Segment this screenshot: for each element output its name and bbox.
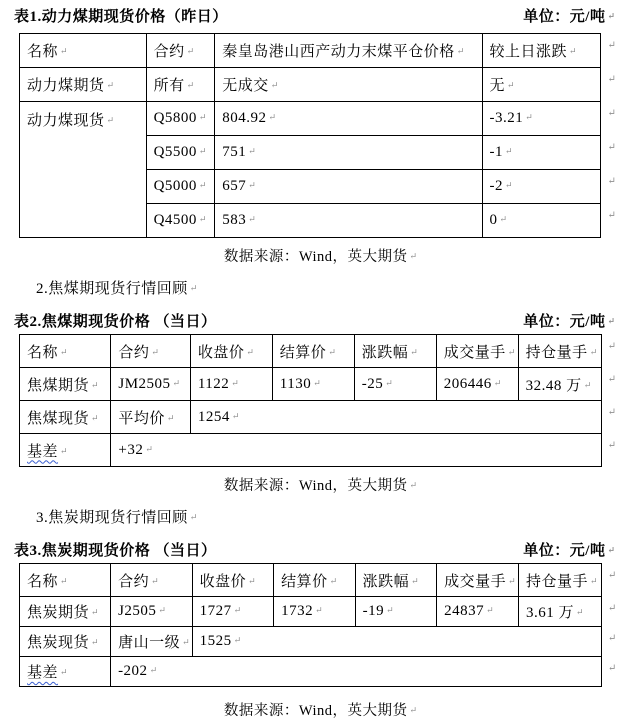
paragraph-mark-icon (601, 102, 627, 136)
paragraph-mark-icon (601, 401, 626, 434)
row-name: 焦炭期货 (20, 597, 111, 627)
row-name-basis: 基差 (20, 657, 111, 687)
paragraph-mark-icon (601, 170, 627, 204)
row-open-interest: 32.48 万 (518, 368, 601, 401)
header-name: 名称 (20, 564, 111, 597)
header-close: 收盘价 (192, 564, 273, 597)
row-basis-value: -202 (111, 657, 602, 687)
header-change: 涨跌幅 (355, 564, 436, 597)
row-basis-value: +32 (111, 434, 601, 467)
row-volume: 206446 (436, 368, 518, 401)
header-volume: 成交量手 (437, 564, 519, 597)
paragraph-mark-icon (601, 68, 627, 102)
row-change: -2 (482, 170, 601, 204)
table1-caption-row: 表1.动力煤期现货价格（昨日） 单位：元/吨 (14, 6, 627, 27)
row-contract: 所有 (146, 68, 215, 102)
header-change: 较上日涨跌 (482, 34, 601, 68)
paragraph-mark-icon (601, 657, 626, 687)
row-change: 0 (482, 204, 601, 238)
header-settle: 结算价 (274, 564, 355, 597)
row-volume: 24837 (437, 597, 519, 627)
header-change: 涨跌幅 (354, 335, 436, 368)
row-change: 无 (482, 68, 601, 102)
basis-label: 基差 (27, 444, 58, 460)
table3-caption: 表3.焦炭期现货价格 （当日） (14, 541, 217, 561)
row-price: 804.92 (215, 102, 482, 136)
header-open-interest: 持仓量手 (519, 564, 602, 597)
unit-label-1: 单位：元/吨 (523, 6, 615, 27)
row-price: 无成交 (215, 68, 482, 102)
row-settle: 1732 (274, 597, 355, 627)
row-change: -1 (482, 136, 601, 170)
row-contract: Q4500 (146, 204, 215, 238)
row-contract: J2505 (111, 597, 193, 627)
table-header-row: 名称 合约 秦皇岛港山西产动力末煤平仓价格 较上日涨跌 (20, 34, 627, 68)
row-contract: 平均价 (111, 401, 190, 434)
data-source-line: 数据来源：Wind，英大期货 (14, 247, 627, 267)
table-row: 焦煤期货 JM2505 1122 1130 -25 206446 32.48 万 (20, 368, 627, 401)
header-contract: 合约 (111, 564, 193, 597)
row-close: 1727 (192, 597, 273, 627)
unit-label-3: 单位：元/吨 (523, 540, 615, 561)
row-name: 焦煤期货 (20, 368, 111, 401)
row-price: 1254 (190, 401, 601, 434)
header-volume: 成交量手 (436, 335, 518, 368)
table-row: 动力煤现货 Q5800 804.92 -3.21 (20, 102, 627, 136)
header-price: 秦皇岛港山西产动力末煤平仓价格 (215, 34, 482, 68)
row-name: 焦炭现货 (20, 627, 111, 657)
row-close: 1122 (190, 368, 272, 401)
header-open-interest: 持仓量手 (518, 335, 601, 368)
section-heading-coking-coal: 2.焦煤期现货行情回顾 (36, 279, 627, 299)
unit-label-2: 单位：元/吨 (523, 311, 615, 332)
row-price: 583 (215, 204, 482, 238)
table2-caption-row: 表2.焦煤期现货价格 （当日） 单位：元/吨 (14, 311, 627, 332)
paragraph-mark-icon (601, 434, 626, 467)
table1-caption: 表1.动力煤期现货价格（昨日） (14, 7, 228, 27)
row-contract: Q5500 (146, 136, 215, 170)
header-close: 收盘价 (190, 335, 272, 368)
paragraph-mark-icon (601, 136, 627, 170)
row-contract: Q5000 (146, 170, 215, 204)
coke-price-table: 名称 合约 收盘价 结算价 涨跌幅 成交量手 持仓量手 焦炭期货 J2505 1… (19, 563, 627, 687)
paragraph-mark-icon (601, 335, 626, 368)
header-settle: 结算价 (272, 335, 354, 368)
paragraph-mark-icon (601, 34, 627, 68)
header-contract: 合约 (111, 335, 190, 368)
table-header-row: 名称 合约 收盘价 结算价 涨跌幅 成交量手 持仓量手 (20, 335, 627, 368)
thermal-coal-price-table: 名称 合约 秦皇岛港山西产动力末煤平仓价格 较上日涨跌 动力煤期货 所有 无成交… (19, 33, 627, 238)
row-change: -25 (354, 368, 436, 401)
section-heading-coke: 3.焦炭期现货行情回顾 (36, 508, 627, 528)
row-name-basis: 基差 (20, 434, 111, 467)
table-row: 焦炭现货 唐山一级 1525 (20, 627, 627, 657)
document-page: 表1.动力煤期现货价格（昨日） 单位：元/吨 名称 合约 秦皇岛港山西产动力末煤… (14, 6, 627, 721)
row-name: 动力煤期货 (20, 68, 147, 102)
row-change: -19 (355, 597, 436, 627)
table-row: 基差 -202 (20, 657, 627, 687)
data-source-line: 数据来源：Wind，英大期货 (14, 701, 627, 721)
row-name-spot: 动力煤现货 (20, 102, 147, 238)
basis-label: 基差 (27, 665, 58, 681)
paragraph-mark-icon (601, 204, 627, 238)
paragraph-mark-icon (601, 564, 626, 597)
paragraph-mark-icon (601, 368, 626, 401)
table3-caption-row: 表3.焦炭期现货价格 （当日） 单位：元/吨 (14, 540, 627, 561)
header-contract: 合约 (146, 34, 215, 68)
row-price: 751 (215, 136, 482, 170)
row-open-interest: 3.61 万 (519, 597, 602, 627)
table-row: 焦炭期货 J2505 1727 1732 -19 24837 3.61 万 (20, 597, 627, 627)
row-change: -3.21 (482, 102, 601, 136)
row-price: 657 (215, 170, 482, 204)
table-header-row: 名称 合约 收盘价 结算价 涨跌幅 成交量手 持仓量手 (20, 564, 627, 597)
header-name: 名称 (20, 335, 111, 368)
coking-coal-price-table: 名称 合约 收盘价 结算价 涨跌幅 成交量手 持仓量手 焦煤期货 JM2505 … (19, 334, 627, 467)
row-contract: JM2505 (111, 368, 190, 401)
table2-caption: 表2.焦煤期现货价格 （当日） (14, 312, 217, 332)
row-name: 焦煤现货 (20, 401, 111, 434)
paragraph-mark-icon (601, 627, 626, 657)
table-row: 动力煤期货 所有 无成交 无 (20, 68, 627, 102)
row-price: 1525 (192, 627, 601, 657)
table-row: 基差 +32 (20, 434, 627, 467)
table-row: 焦煤现货 平均价 1254 (20, 401, 627, 434)
data-source-line: 数据来源：Wind，英大期货 (14, 476, 627, 496)
paragraph-mark-icon (601, 597, 626, 627)
row-contract: 唐山一级 (111, 627, 193, 657)
row-settle: 1130 (272, 368, 354, 401)
header-name: 名称 (20, 34, 147, 68)
row-contract: Q5800 (146, 102, 215, 136)
